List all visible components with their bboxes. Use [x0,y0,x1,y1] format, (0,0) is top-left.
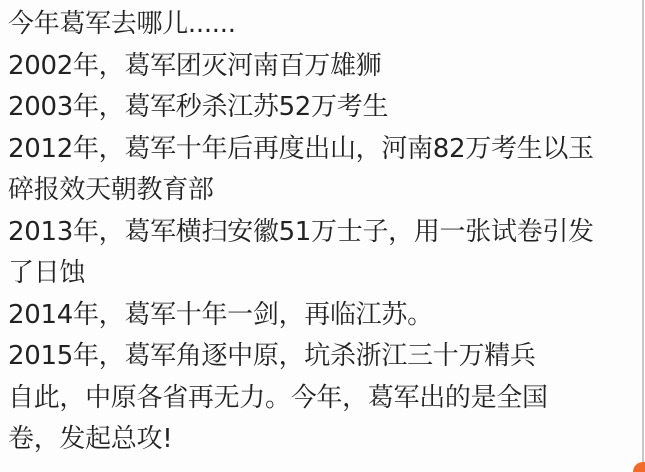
text-line-2014: 2014年，葛军十年一剑，再临江苏。 [8,295,639,337]
text-line-2012: 2012年，葛军十年后再度出山，河南82万考生以玉 [8,129,639,171]
right-edge-divider [642,0,644,472]
text-line-conclusion-cont: 卷，发起总攻! [8,419,639,461]
text-line-intro: 今年葛军去哪儿...... [8,4,639,46]
text-line-2012-cont: 碎报效天朝教育部 [8,170,639,212]
corner-badge-icon [633,462,645,472]
text-line-2002: 2002年，葛军团灭河南百万雄狮 [8,46,639,88]
text-line-2013-cont: 了日蚀 [8,253,639,295]
text-line-conclusion: 自此，中原各省再无力。今年，葛军出的是全国 [8,378,639,420]
text-line-2015: 2015年，葛军角逐中原，坑杀浙江三十万精兵 [8,336,639,378]
post-text: 今年葛军去哪儿...... 2002年，葛军团灭河南百万雄狮 2003年，葛军秒… [8,4,639,461]
text-line-2013: 2013年，葛军横扫安徽51万士子，用一张试卷引发 [8,212,639,254]
text-line-2003: 2003年，葛军秒杀江苏52万考生 [8,87,639,129]
